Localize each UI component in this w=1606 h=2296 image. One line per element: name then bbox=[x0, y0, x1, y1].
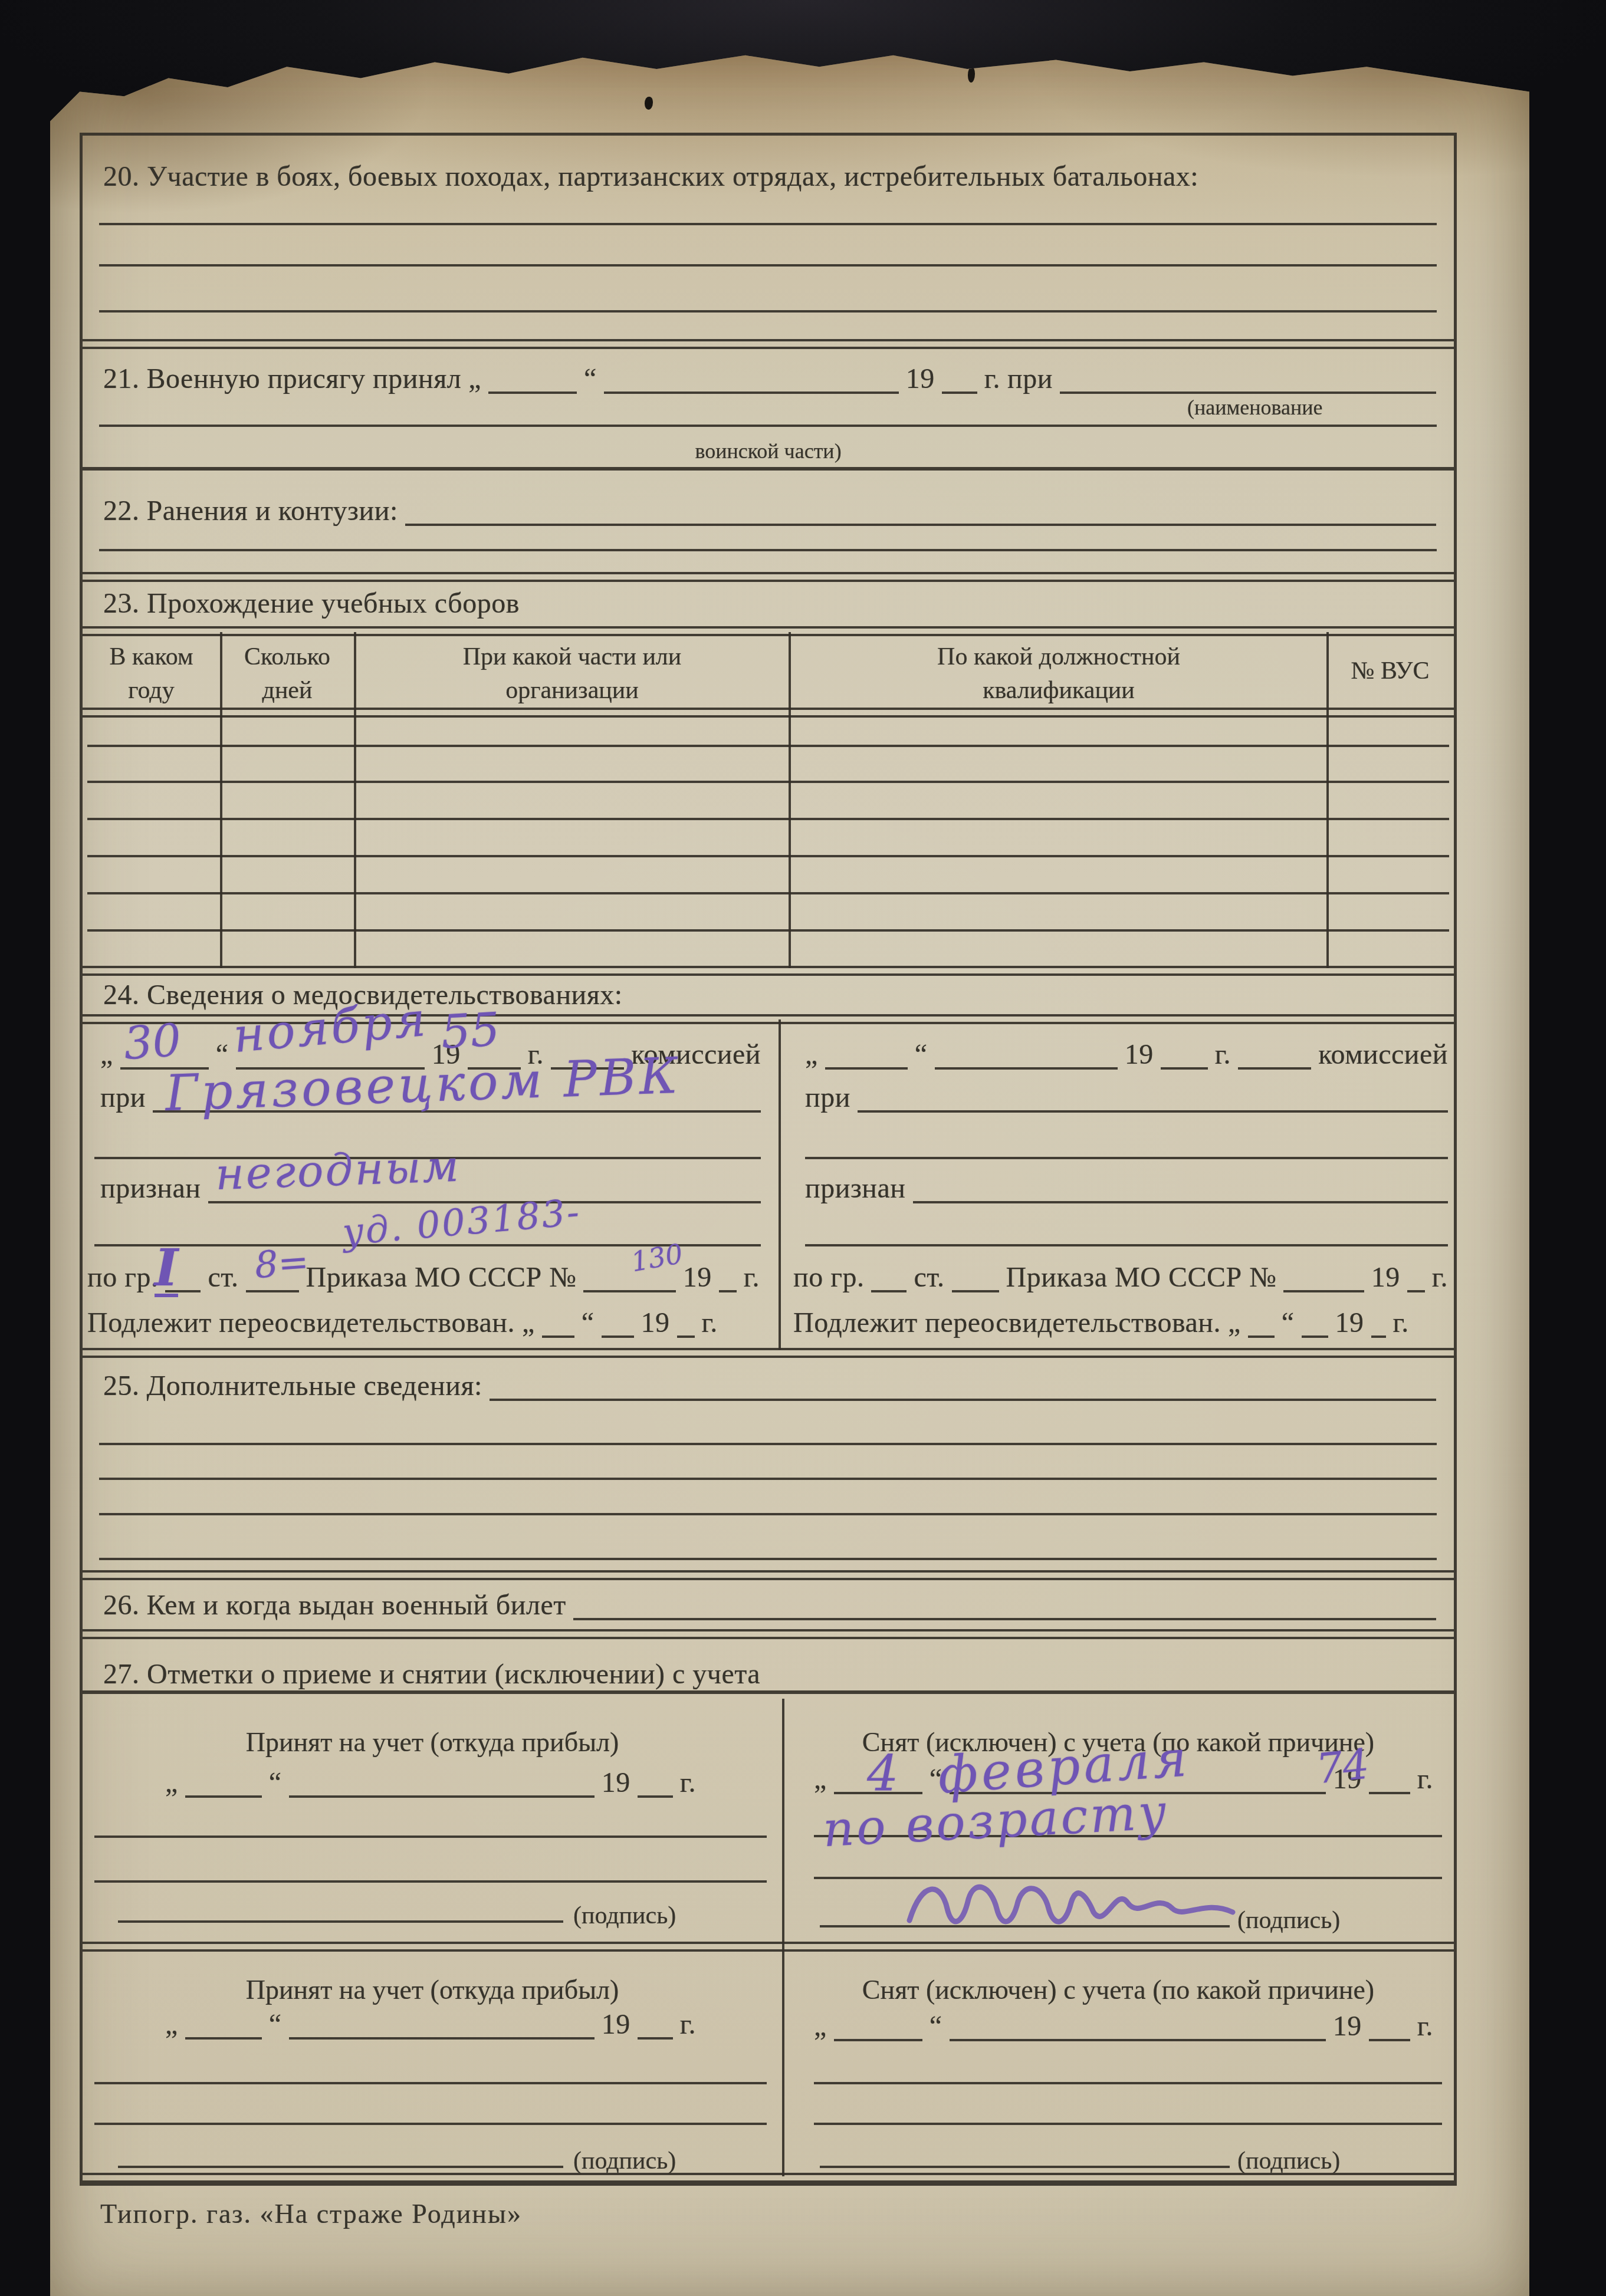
section-22-title: Ранения и контузии: bbox=[147, 496, 398, 526]
year-19: 19 bbox=[683, 1263, 712, 1292]
section-23-title: Прохождение учебных сборов bbox=[147, 588, 520, 619]
scanned-page: 20. Участие в боях, боевых походах, парт… bbox=[50, 21, 1529, 2296]
blank-unit bbox=[1060, 366, 1436, 394]
section-26-title: Кем и когда выдан военный билет bbox=[147, 1591, 566, 1620]
year-g: г. bbox=[702, 1308, 718, 1338]
year-g: г. bbox=[680, 1768, 696, 1798]
quote-close: “ bbox=[1282, 1308, 1295, 1338]
signature-line bbox=[820, 2166, 1230, 2168]
quote-open: „ bbox=[165, 2010, 178, 2040]
scan-artifact bbox=[907, 32, 922, 57]
blank-day bbox=[488, 366, 577, 394]
section-23-number: 23. bbox=[103, 588, 140, 619]
blank-year bbox=[1407, 1264, 1425, 1292]
ruled-line bbox=[94, 2123, 767, 2125]
reexam-label: Подлежит переосвидетельствован. bbox=[87, 1308, 515, 1338]
blank-day bbox=[1248, 1310, 1275, 1338]
handwriting-med-group: I bbox=[155, 1243, 178, 1297]
blank-month bbox=[950, 2013, 1326, 2041]
ruled-line bbox=[99, 1478, 1437, 1480]
article-label: ст. bbox=[914, 1263, 944, 1292]
section-20-number: 20. bbox=[103, 161, 140, 192]
section-divider bbox=[83, 572, 1454, 582]
order-label: Приказа МО СССР № bbox=[306, 1263, 577, 1292]
year-g: г. bbox=[1432, 1263, 1448, 1292]
quote-close: “ bbox=[269, 1768, 282, 1798]
blank-month bbox=[604, 366, 899, 394]
year-19: 19 bbox=[602, 1768, 630, 1798]
at-word: при bbox=[100, 1083, 146, 1113]
ruled-line bbox=[94, 1836, 767, 1838]
section-divider bbox=[83, 339, 1454, 349]
blank-year bbox=[1161, 1041, 1208, 1070]
remove-date-line-2: „ “ 19 г. bbox=[814, 2008, 1433, 2041]
ruled-line bbox=[99, 310, 1437, 313]
table-row-line bbox=[87, 855, 1449, 857]
handwriting-med-day: 30 bbox=[122, 1014, 183, 1070]
col-header-vus: № ВУС bbox=[1329, 654, 1451, 688]
accept-header-1: Принят на учет (откуда прибыл) bbox=[106, 1726, 758, 1758]
quote-close: “ bbox=[582, 1308, 595, 1338]
blank-year bbox=[1371, 1310, 1386, 1338]
blank-year bbox=[719, 1264, 737, 1292]
handwriting-removal-day: 4 bbox=[867, 1745, 898, 1802]
blank-day bbox=[542, 1310, 574, 1338]
ruled-line bbox=[99, 1443, 1437, 1445]
section-27-title: Отметки о приеме и снятии (исключении) с… bbox=[147, 1659, 760, 1690]
quote-close: “ bbox=[584, 364, 597, 394]
section-22-number: 22. bbox=[103, 496, 140, 526]
med-left-reexam-line: Подлежит переосвидетельствован. „ “ 19 г… bbox=[87, 1305, 760, 1338]
section-20-heading: 20. Участие в боях, боевых походах, парт… bbox=[103, 160, 1198, 193]
signature-caption: (подпись) bbox=[573, 1902, 676, 1930]
article-label: ст. bbox=[208, 1263, 238, 1292]
handwriting-med-article: 8= bbox=[254, 1240, 310, 1287]
table-row-line bbox=[87, 929, 1449, 932]
blank-year bbox=[638, 1769, 673, 1798]
quote-open: „ bbox=[468, 364, 481, 394]
section-24-number: 24. bbox=[103, 979, 140, 1011]
verdict-label: признан bbox=[805, 1174, 906, 1203]
handwriting-med-verdict: негодным bbox=[215, 1141, 462, 1200]
year-g: г. bbox=[1417, 1765, 1433, 1794]
table-header-border bbox=[83, 708, 1454, 718]
med-right-at-line: при bbox=[805, 1080, 1448, 1113]
section-divider bbox=[83, 1629, 1454, 1639]
blank-fill bbox=[1238, 1041, 1311, 1070]
ruled-line bbox=[99, 425, 1437, 427]
registration-column-divider bbox=[782, 1699, 784, 2176]
signature-caption: (подпись) bbox=[1237, 2147, 1340, 2175]
blank-day bbox=[834, 2013, 922, 2041]
ruled-line bbox=[99, 223, 1437, 225]
table-row-line bbox=[87, 818, 1449, 820]
year-19: 19 bbox=[906, 364, 935, 394]
quote-close: “ bbox=[915, 1040, 928, 1070]
scan-artifact bbox=[645, 97, 653, 110]
commission-word: комиссией bbox=[1318, 1040, 1448, 1070]
ruled-line bbox=[99, 264, 1437, 267]
blank-order-no bbox=[1283, 1264, 1364, 1292]
scan-background: { "colors": {"background":"#0d0d10","pap… bbox=[0, 0, 1606, 2296]
section-25-title: Дополнительные сведения: bbox=[147, 1371, 482, 1401]
med-right-verdict-line: признан bbox=[805, 1170, 1448, 1203]
blank-day bbox=[825, 1041, 908, 1070]
section-20-title: Участие в боях, боевых походах, партизан… bbox=[147, 161, 1198, 192]
year-g: г. bbox=[1417, 2012, 1433, 2041]
blank-day bbox=[185, 2011, 262, 2040]
ruled-line bbox=[94, 1880, 767, 1883]
col-header-year: В каком году bbox=[85, 640, 218, 707]
caption-unit-name-2: воинской части) bbox=[83, 439, 1454, 463]
signature-scrawl bbox=[902, 1874, 1244, 1939]
blank-year bbox=[1369, 1766, 1410, 1794]
blank-article bbox=[952, 1264, 999, 1292]
section-26-number: 26. bbox=[103, 1591, 140, 1620]
year-19: 19 bbox=[1333, 2012, 1362, 2041]
med-right-order-line: по гр. ст. Приказа МО СССР № 19 г. bbox=[793, 1259, 1448, 1292]
section-27-number: 27. bbox=[103, 1659, 140, 1690]
verdict-label: признан bbox=[100, 1174, 201, 1203]
order-label: Приказа МО СССР № bbox=[1006, 1263, 1277, 1292]
table-row-line bbox=[87, 892, 1449, 894]
blank-month bbox=[602, 1310, 634, 1338]
table-top-border bbox=[83, 626, 1454, 636]
handwriting-med-year: 55 bbox=[440, 1003, 501, 1059]
form-border: 20. Участие в боях, боевых походах, парт… bbox=[80, 133, 1457, 2186]
accept-date-line-2: „ “ 19 г. bbox=[165, 2006, 696, 2040]
blank-year bbox=[638, 2011, 673, 2040]
section-21-number: 21. bbox=[103, 364, 140, 394]
year-19: 19 bbox=[602, 2010, 630, 2040]
year-g: г. bbox=[984, 364, 1000, 394]
column-separator bbox=[220, 632, 222, 968]
blank-wounds bbox=[405, 498, 1436, 526]
ruled-line bbox=[94, 2082, 767, 2084]
column-separator bbox=[789, 632, 791, 968]
quote-close: “ bbox=[930, 2012, 942, 2041]
handwriting-removal-year: 74 bbox=[1314, 1740, 1371, 1794]
section-23-heading: 23. Прохождение учебных сборов bbox=[103, 587, 520, 620]
ruled-line bbox=[814, 2082, 1442, 2084]
registration-table: Принят на учет (откуда прибыл) „ “ 19 г.… bbox=[83, 1694, 1454, 2181]
med-right-date-line: „ “ 19 г. комиссией bbox=[805, 1037, 1448, 1070]
blank-year bbox=[942, 366, 977, 394]
section-25-line: 25. Дополнительные сведения: bbox=[103, 1368, 1436, 1401]
section-divider bbox=[83, 1570, 1454, 1580]
section-21-text: Военную присягу принял bbox=[147, 364, 462, 394]
section-divider bbox=[83, 467, 1454, 471]
ruled-line bbox=[805, 1244, 1448, 1246]
blank-verdict bbox=[913, 1175, 1448, 1203]
med-column-divider bbox=[779, 1019, 781, 1350]
year-19: 19 bbox=[641, 1308, 670, 1338]
section-27-heading: 27. Отметки о приеме и снятии (исключени… bbox=[103, 1658, 760, 1690]
table-bottom-border bbox=[83, 966, 1454, 976]
ruled-line bbox=[99, 1558, 1437, 1560]
quote-open: „ bbox=[814, 1765, 827, 1794]
year-19: 19 bbox=[1335, 1308, 1364, 1338]
accept-header-2: Принят на учет (откуда прибыл) bbox=[106, 1974, 758, 2005]
section-25-number: 25. bbox=[103, 1371, 140, 1401]
signature-line bbox=[118, 2166, 563, 2168]
at-word: при bbox=[805, 1083, 850, 1113]
ruled-line bbox=[814, 2123, 1442, 2125]
signature-caption: (подпись) bbox=[1237, 1906, 1340, 1935]
blank-month bbox=[289, 1769, 595, 1798]
at-word: при bbox=[1007, 364, 1053, 394]
blank-issued-by bbox=[573, 1592, 1436, 1620]
year-g: г. bbox=[680, 2010, 696, 2040]
blank-month bbox=[1302, 1310, 1328, 1338]
table-row-line bbox=[87, 781, 1449, 783]
section-divider bbox=[83, 1348, 1454, 1358]
blank-year bbox=[1369, 2013, 1410, 2041]
quote-open: „ bbox=[165, 1768, 178, 1798]
scan-artifact bbox=[968, 67, 975, 83]
table-row-line bbox=[87, 745, 1449, 747]
blank-month bbox=[935, 1041, 1118, 1070]
year-g: г. bbox=[1215, 1040, 1231, 1070]
blank-year bbox=[677, 1310, 695, 1338]
year-19: 19 bbox=[1125, 1040, 1154, 1070]
quote-open: „ bbox=[1228, 1308, 1241, 1338]
quote-open: „ bbox=[100, 1040, 113, 1070]
quote-open: „ bbox=[814, 2012, 827, 2041]
blank-additional bbox=[490, 1373, 1436, 1401]
group-label: по гр. bbox=[87, 1263, 158, 1292]
year-g: г. bbox=[744, 1263, 760, 1292]
remove-header-2: Снят (исключен) с учета (по какой причин… bbox=[794, 1974, 1443, 2005]
group-label: по гр. bbox=[793, 1263, 864, 1292]
col-header-days: Сколько дней bbox=[224, 640, 350, 707]
ruled-line bbox=[99, 1513, 1437, 1515]
quote-open: „ bbox=[805, 1040, 818, 1070]
ruled-line bbox=[805, 1157, 1448, 1159]
med-right-reexam-line: Подлежит переосвидетельствован. „ “ 19 г… bbox=[793, 1305, 1448, 1338]
registration-row-divider bbox=[83, 1942, 1454, 1952]
section-22-line: 22. Ранения и контузии: bbox=[103, 493, 1436, 526]
column-separator bbox=[354, 632, 356, 968]
year-19: 19 bbox=[1371, 1263, 1400, 1292]
blank-month bbox=[289, 2011, 595, 2040]
blank-day bbox=[185, 1769, 262, 1798]
caption-unit-name-1: (наименование bbox=[1187, 395, 1323, 420]
ruled-line bbox=[99, 549, 1437, 551]
year-g: г. bbox=[1393, 1308, 1409, 1338]
col-header-unit: При какой части или организации bbox=[395, 640, 749, 707]
training-table: В каком году Сколько дней При какой част… bbox=[83, 626, 1454, 973]
section-26-line: 26. Кем и когда выдан военный билет bbox=[103, 1587, 1436, 1620]
section-21-line: 21. Военную присягу принял „ “ 19 г. при bbox=[103, 361, 1436, 394]
quote-open: „ bbox=[522, 1308, 535, 1338]
blank-group bbox=[871, 1264, 907, 1292]
quote-close: “ bbox=[269, 2010, 282, 2040]
signature-line bbox=[118, 1920, 563, 1923]
printer-imprint: Типогр. газ. «На страже Родины» bbox=[100, 2198, 522, 2229]
col-header-role: По какой должностной квалификации bbox=[879, 640, 1239, 707]
signature-caption: (подпись) bbox=[573, 2147, 676, 2175]
blank-commission-place bbox=[858, 1084, 1448, 1113]
reexam-label: Подлежит переосвидетельствован. bbox=[793, 1308, 1221, 1338]
accept-date-line-1: „ “ 19 г. bbox=[165, 1765, 696, 1798]
